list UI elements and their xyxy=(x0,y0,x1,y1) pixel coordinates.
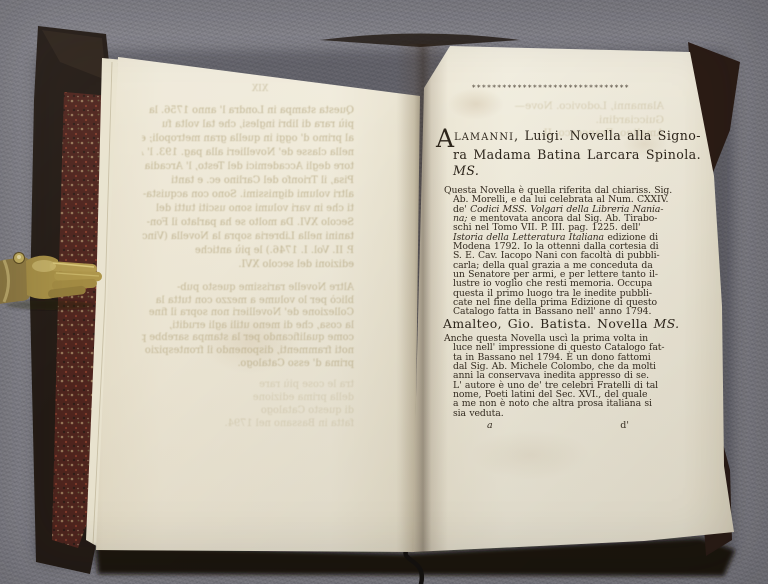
text-line: altri volumi dignissimi. Sono con acquis… xyxy=(142,188,354,202)
ghost-text-block: Questa stampa in Londra l' anno 1756. la… xyxy=(142,104,354,272)
text-segment: Amalteo, Gio. Batista. Novella xyxy=(443,316,654,331)
ghost-text-block: Altre Novelle rarissime questo pub-blicò… xyxy=(142,282,354,370)
ghost-page-number: XIX xyxy=(238,84,282,94)
heading-line: ra Madama Batina Larcara Spinola. xyxy=(436,147,686,164)
signature-row: a d' xyxy=(435,420,667,434)
text-line: tra le cose più rare xyxy=(168,378,354,391)
text-line: sia veduta. xyxy=(453,409,681,418)
text-segment: MS. xyxy=(654,316,680,331)
text-line: Altre Novelle rarissime questo pub- xyxy=(142,282,354,295)
text-line: fatta in Bassano nel 1794. xyxy=(168,417,354,430)
text-line: blicò per lo volume a mezzo con tutta la xyxy=(142,295,354,308)
cuff-knob-highlight xyxy=(17,255,21,259)
text-line: P. II. Vol. I. 1746.) le più antiche xyxy=(142,244,354,258)
text-line: più rara di libri inglesi, che tal volta… xyxy=(142,118,354,132)
heading-line: ALAMANNI, Luigi. Novella alla Signo- xyxy=(436,128,686,147)
text-line: la cosa, che di meno utili agli eruditi, xyxy=(142,320,354,333)
hand-shadow xyxy=(6,300,94,310)
text-line: al primo d' oggi in quella gran metropol… xyxy=(142,132,354,146)
text-line: Questa stampa in Londra l' anno 1756. la xyxy=(142,104,354,118)
drop-cap-initial: A xyxy=(436,124,454,153)
entry-heading-alamanni: ALAMANNI, Luigi. Novella alla Signo- ra … xyxy=(436,128,686,180)
text-line: come qualificando per la stampa sarebbe … xyxy=(142,332,354,345)
text-line: prima d' esso Catalogo. xyxy=(142,358,354,371)
book-photograph: XIX Questa stampa in Londra l' anno 1756… xyxy=(0,0,768,584)
author-small-caps: LAMANNI xyxy=(454,132,514,143)
text-line: di questo Catalogo xyxy=(168,404,354,417)
heading-line-ms: MS. xyxy=(436,163,686,180)
text-line: tanini nella Libreria sopra la Novella (… xyxy=(142,230,354,244)
text-line: tore degli Accademici del Testo, l' Arca… xyxy=(142,160,354,174)
entry-body-amalteo: Anche questa Novella uscì la prima volta… xyxy=(444,334,681,418)
text-line: Guicciardini. xyxy=(448,114,664,128)
text-line: nella classe de' Novellieri alla pag. 19… xyxy=(142,146,354,160)
brass-hand-page-holder xyxy=(0,248,104,312)
text-line: Secolo XVI. Da molto se ha parlato il Fo… xyxy=(142,216,354,230)
heading-text: , Luigi. Novella alla Signo- xyxy=(514,128,701,143)
gutter-crease xyxy=(396,44,448,552)
text-line: noti frammenti, disponendo il frontespiz… xyxy=(142,345,354,358)
knuckle-highlight xyxy=(32,260,56,272)
text-line: ti che in vari volumi sono usciti tutti … xyxy=(142,202,354,216)
entry-body-alamanni: Questa Novella è quella riferita dal chi… xyxy=(444,186,681,317)
text-line: Pisa, il Trionfo del Carlino ec. e tanti xyxy=(142,174,354,188)
signature-mark: a xyxy=(487,420,493,431)
ghost-text-block: tra le cose più raredella prima edizione… xyxy=(168,378,354,430)
entry-heading-amalteo: Amalteo, Gio. Batista. Novella MS. xyxy=(443,317,683,331)
text-line: Collezione de' Novellieri non sopra il f… xyxy=(142,307,354,320)
text-line: Alamanni, Lodovico. Nove— xyxy=(448,100,664,114)
text-line: della prima edizione xyxy=(168,391,354,404)
catchword: d' xyxy=(620,420,629,431)
text-line: Amalteo, Gio. Batista. Novella MS. xyxy=(443,317,683,331)
text-line: edizioni del secolo XVI. xyxy=(142,258,354,272)
typographic-ornament-row: ******************************* xyxy=(435,84,667,92)
